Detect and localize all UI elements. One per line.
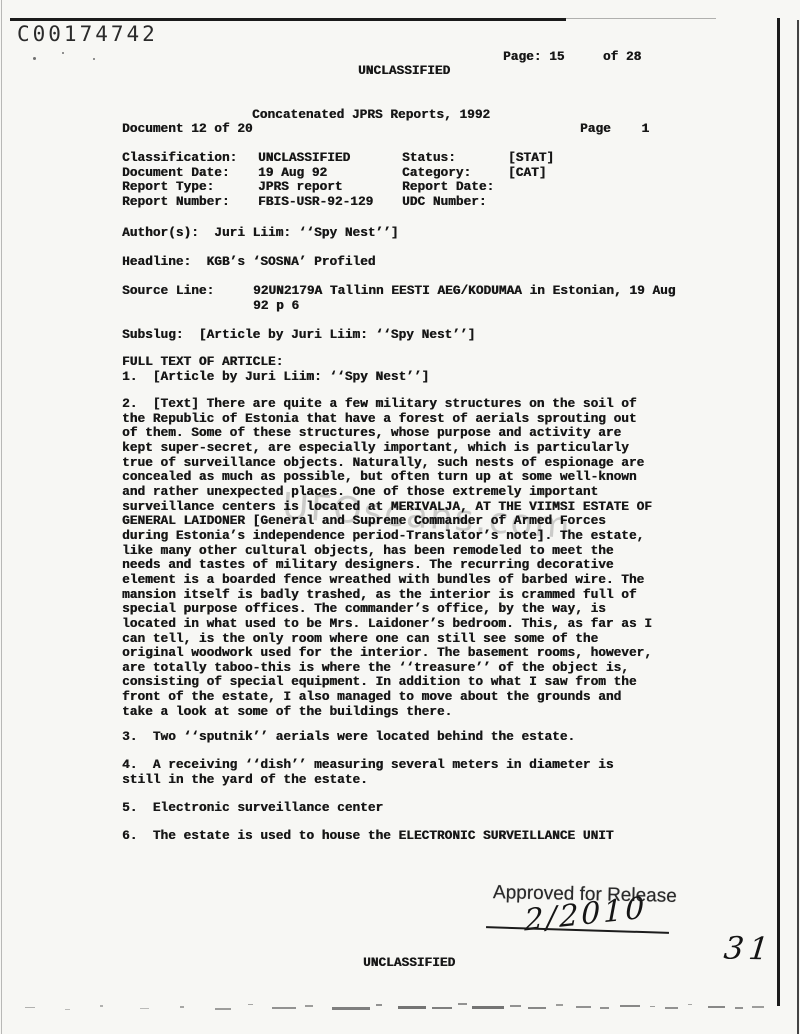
metadata-value: JPRS report <box>258 180 402 195</box>
source-line: Source Line: 92UN2179A Tallinn EESTI AEG… <box>122 284 675 313</box>
article-paragraph-5: 5. Electronic surveillance center <box>122 801 383 816</box>
metadata-label: Status: <box>402 151 508 166</box>
subslug-line: Subslug: [Article by Juri Liim: ‘‘Spy Ne… <box>122 328 475 343</box>
metadata-value <box>508 180 662 195</box>
metadata-value: 19 Aug 92 <box>258 166 402 181</box>
metadata-value: [STAT] <box>508 151 662 166</box>
noise-dot <box>62 52 64 54</box>
footer-classification: UNCLASSIFIED <box>363 956 455 971</box>
noise-dot <box>33 57 36 60</box>
metadata-label: Document Date: <box>122 166 258 181</box>
noise-dot <box>93 58 95 60</box>
author-line: Author(s): Juri Liim: ‘‘Spy Nest’’] <box>122 226 398 241</box>
scanned-document-page: C00174742 Page: 15 of 28 UNCLASSIFIED Co… <box>0 0 800 1034</box>
article-paragraph-6: 6. The estate is used to house the ELECT… <box>122 829 613 844</box>
page-indicator: Page: 15 of 28 <box>503 50 641 65</box>
article-paragraph-4: 4. A receiving ‘‘dish’’ measuring severa… <box>122 758 613 787</box>
metadata-label: Report Date: <box>402 180 508 195</box>
right-edge-line <box>797 20 799 1034</box>
top-rule-faint-tail <box>566 18 716 19</box>
top-rule <box>10 18 566 21</box>
metadata-label: Report Type: <box>122 180 258 195</box>
left-scan-edge-line <box>1 0 2 1034</box>
handwritten-page-number: 31 <box>722 931 775 968</box>
scan-noise-line <box>20 998 776 1012</box>
metadata-label: Category: <box>402 166 508 181</box>
article-paragraph-3: 3. Two ‘‘sputnik’’ aerials were located … <box>122 730 575 745</box>
metadata-value: [CAT] <box>508 166 662 181</box>
metadata-label: Classification: <box>122 151 258 166</box>
article-intro: FULL TEXT OF ARTICLE: 1. [Article by Jur… <box>122 355 429 384</box>
classification-header: UNCLASSIFIED <box>358 64 450 79</box>
metadata-label: Report Number: <box>122 195 258 210</box>
right-scan-line <box>777 18 780 1006</box>
metadata-value: UNCLASSIFIED <box>258 151 402 166</box>
source-line-label: Source Line: <box>122 284 253 313</box>
article-paragraph-2: 2. [Text] There are quite a few military… <box>122 397 652 719</box>
metadata-value <box>508 195 662 210</box>
document-nav: Document 12 of 20 <box>122 122 253 137</box>
page-label: Page 1 <box>580 122 649 137</box>
source-line-value: 92UN2179A Tallinn EESTI AEG/KODUMAA in E… <box>253 284 675 313</box>
metadata-table: Classification: UNCLASSIFIED Status: [ST… <box>122 151 662 210</box>
headline-line: Headline: KGB’s ‘SOSNA’ Profiled <box>122 255 375 270</box>
report-title: Concatenated JPRS Reports, 1992 <box>252 108 490 123</box>
metadata-label: UDC Number: <box>402 195 508 210</box>
metadata-value: FBIS-USR-92-129 <box>258 195 402 210</box>
doc-id-stamp: C00174742 <box>17 22 158 46</box>
